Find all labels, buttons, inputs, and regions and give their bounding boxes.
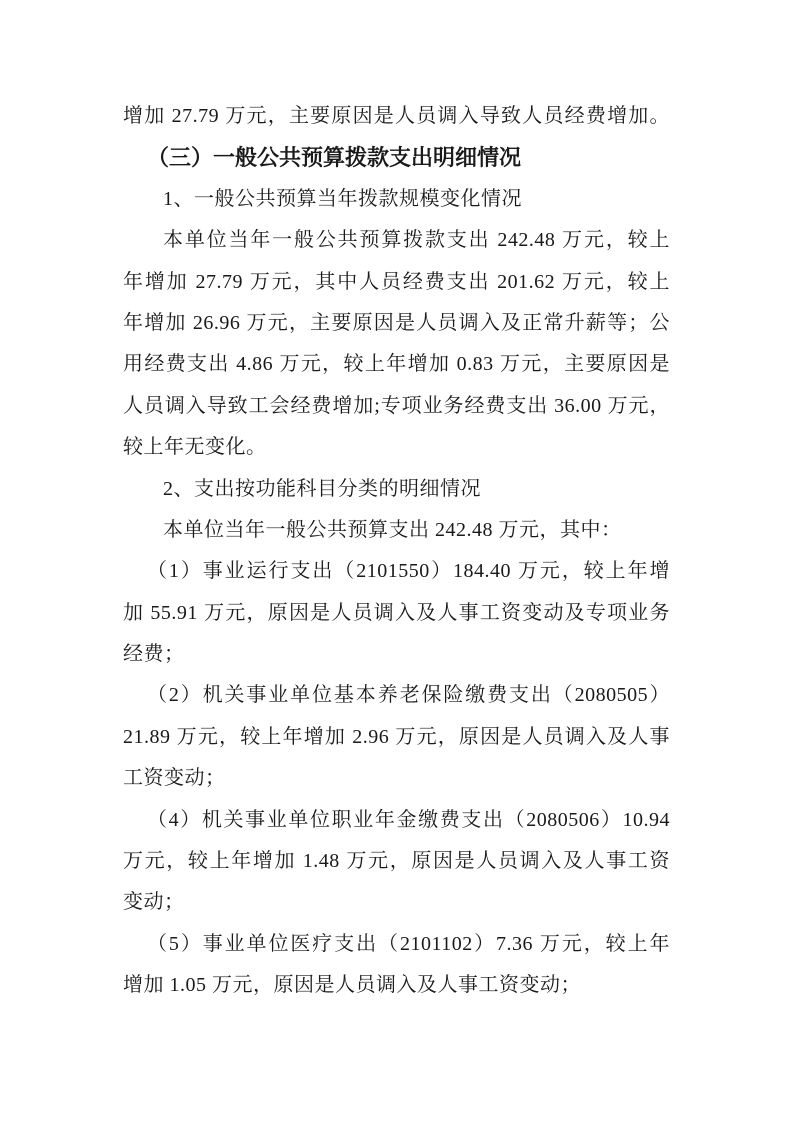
subitem-2-line: （2）机关事业单位基本养老保险缴费支出（2080505） bbox=[123, 675, 670, 716]
document-page: 增加 27.79 万元，主要原因是人员调入导致人员经费增加。 （三）一般公共预算… bbox=[0, 0, 793, 1122]
subitem-1-line: （1）事业运行支出（2101550）184.40 万元，较上年增 bbox=[123, 551, 670, 592]
funding-scale-para-line: 较上年无变化。 bbox=[123, 427, 670, 468]
total-expenditure-line: 本单位当年一般公共预算支出 242.48 万元，其中： bbox=[123, 510, 670, 551]
continuation-paragraph-line: 增加 27.79 万元，主要原因是人员调入导致人员经费增加。 bbox=[123, 96, 670, 137]
funding-scale-para-line: 人员调入导致工会经费增加;专项业务经费支出 36.00 万元， bbox=[123, 386, 670, 427]
funding-scale-para-line: 年增加 26.96 万元，主要原因是人员调入及正常升薪等；公 bbox=[123, 303, 670, 344]
subitem-2-line: 21.89 万元，较上年增加 2.96 万元，原因是人员调入及人事 bbox=[123, 717, 670, 758]
item-1-subheading: 1、一般公共预算当年拨款规模变化情况 bbox=[123, 179, 670, 220]
subitem-4-line: （4）机关事业单位职业年金缴费支出（2080506）10.94 bbox=[123, 800, 670, 841]
funding-scale-para-line: 年增加 27.79 万元，其中人员经费支出 201.62 万元，较上 bbox=[123, 262, 670, 303]
text-block: 增加 27.79 万元，主要原因是人员调入导致人员经费增加。 （三）一般公共预算… bbox=[123, 96, 670, 1007]
funding-scale-para-line: 用经费支出 4.86 万元，较上年增加 0.83 万元，主要原因是 bbox=[123, 344, 670, 385]
section-3-heading: （三）一般公共预算拨款支出明细情况 bbox=[123, 137, 670, 178]
subitem-1-line: 加 55.91 万元，原因是人员调入及人事工资变动及专项业务 bbox=[123, 593, 670, 634]
subitem-5-line: 增加 1.05 万元，原因是人员调入及人事工资变动； bbox=[123, 965, 670, 1006]
subitem-2-line: 工资变动； bbox=[123, 758, 670, 799]
subitem-4-line: 万元，较上年增加 1.48 万元，原因是人员调入及人事工资 bbox=[123, 841, 670, 882]
subitem-4-line: 变动； bbox=[123, 882, 670, 923]
subitem-5-line: （5）事业单位医疗支出（2101102）7.36 万元，较上年 bbox=[123, 924, 670, 965]
funding-scale-para-line: 本单位当年一般公共预算拨款支出 242.48 万元，较上 bbox=[123, 220, 670, 261]
subitem-1-line: 经费； bbox=[123, 634, 670, 675]
item-2-subheading: 2、支出按功能科目分类的明细情况 bbox=[123, 469, 670, 510]
